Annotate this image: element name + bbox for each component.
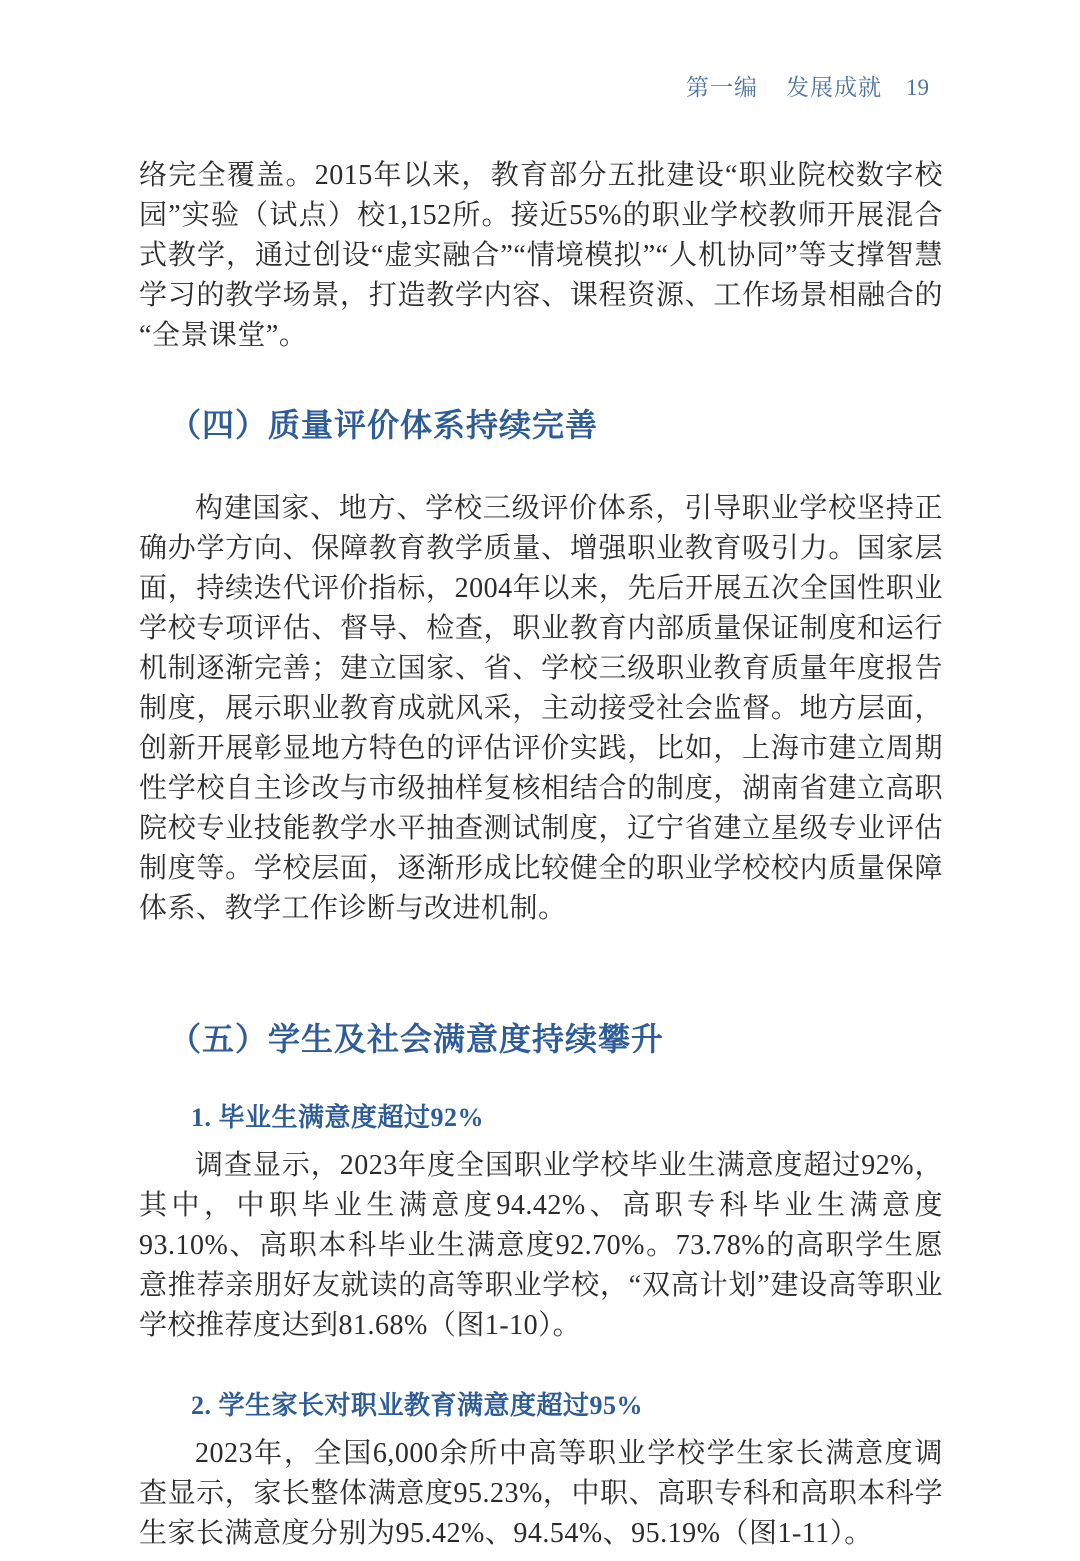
subsection-heading-1: 1. 毕业生满意度超过92%: [139, 1100, 943, 1136]
subsection-heading-2: 2. 学生家长对职业教育满意度超过95%: [139, 1388, 943, 1424]
paragraph-continuation: 络完全覆盖。2015年以来，教育部分五批建设“职业院校数字校园”实验（试点）校1…: [139, 156, 943, 356]
section-heading-5: （五）学生及社会满意度持续攀升: [139, 1016, 943, 1062]
paragraph-section-4: 构建国家、地方、学校三级评价体系，引导职业学校坚持正确办学方向、保障教育教学质量…: [139, 489, 943, 929]
paragraph-subsection-1: 调查显示，2023年度全国职业学校毕业生满意度超过92%，其中，中职毕业生满意度…: [139, 1146, 943, 1346]
header-section-label: 第一编: [686, 75, 758, 100]
document-page: 第一编发展成就19 络完全覆盖。2015年以来，教育部分五批建设“职业院校数字校…: [0, 0, 1080, 1561]
running-header: 第一编发展成就19: [139, 72, 943, 104]
paragraph-subsection-2: 2023年，全国6,000余所中高等职业学校学生家长满意度调查显示，家长整体满意…: [139, 1434, 943, 1554]
header-page-number: 19: [906, 75, 929, 100]
header-section-title: 发展成就: [786, 75, 882, 100]
section-heading-4: （四）质量评价体系持续完善: [139, 402, 943, 448]
